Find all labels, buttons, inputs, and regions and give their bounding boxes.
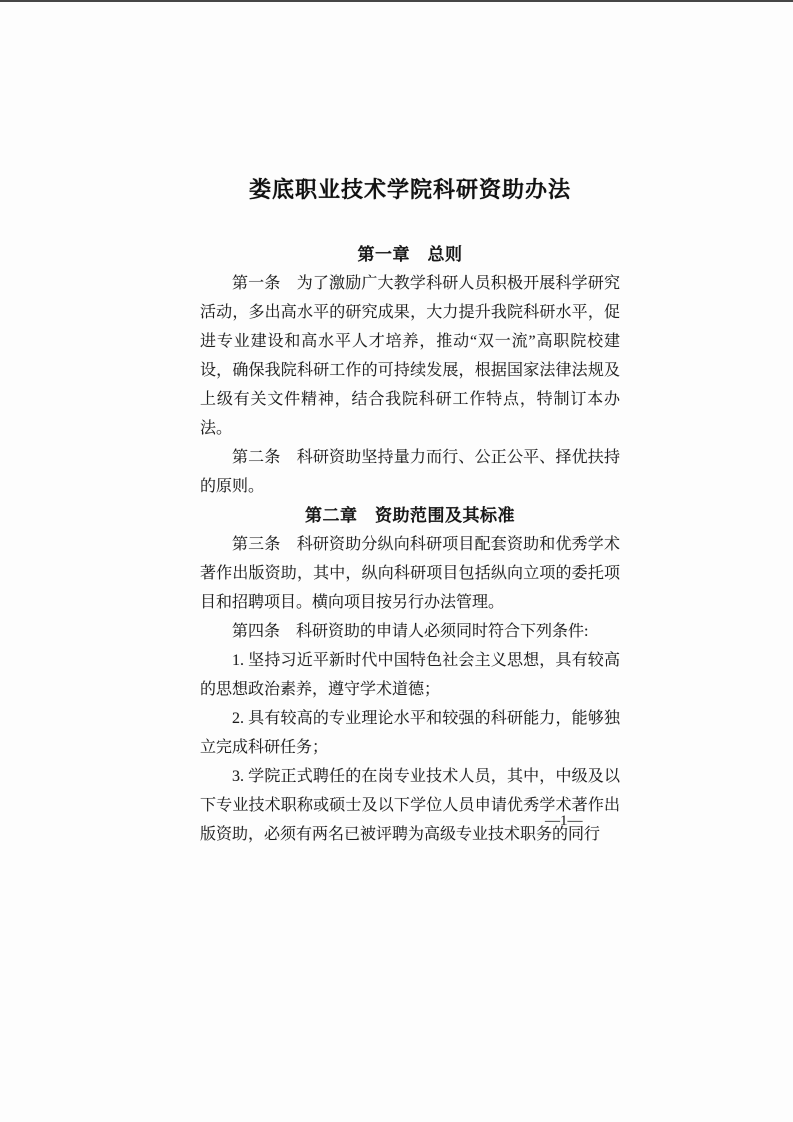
scanned-document-page: 娄底职业技术学院科研资助办法 第一章 总则 第一条 为了激励广大教学科研人员积极… [0,0,793,1122]
chapter-1-heading: 第一章 总则 [200,240,620,269]
paragraph-article-2: 第二条 科研资助坚持量力而行、公正公平、择优扶持的原则。 [200,443,620,501]
document-title: 娄底职业技术学院科研资助办法 [200,176,620,204]
paragraph-article-3: 第三条 科研资助分纵向科研项目配套资助和优秀学术著作出版资助，其中，纵向科研项目… [200,530,620,617]
document-content: 娄底职业技术学院科研资助办法 第一章 总则 第一条 为了激励广大教学科研人员积极… [200,176,620,849]
scan-artifact-top-edge [0,0,793,2]
paragraph-condition-item-2: 2. 具有较高的专业理论水平和较强的科研能力，能够独立完成科研任务； [200,704,620,762]
paragraph-article-4: 第四条 科研资助的申请人必须同时符合下列条件: [200,617,620,646]
chapter-2-heading: 第二章 资助范围及其标准 [200,501,620,530]
paragraph-condition-item-1: 1. 坚持习近平新时代中国特色社会主义思想，具有较高的思想政治素养，遵守学术道德… [200,646,620,704]
page-number: —1— [545,811,583,831]
paragraph-condition-item-3: 3. 学院正式聘任的在岗专业技术人员，其中，中级及以下专业技术职称或硕士及以下学… [200,762,620,849]
paragraph-article-1: 第一条 为了激励广大教学科研人员积极开展科学研究活动，多出高水平的研究成果，大力… [200,269,620,443]
